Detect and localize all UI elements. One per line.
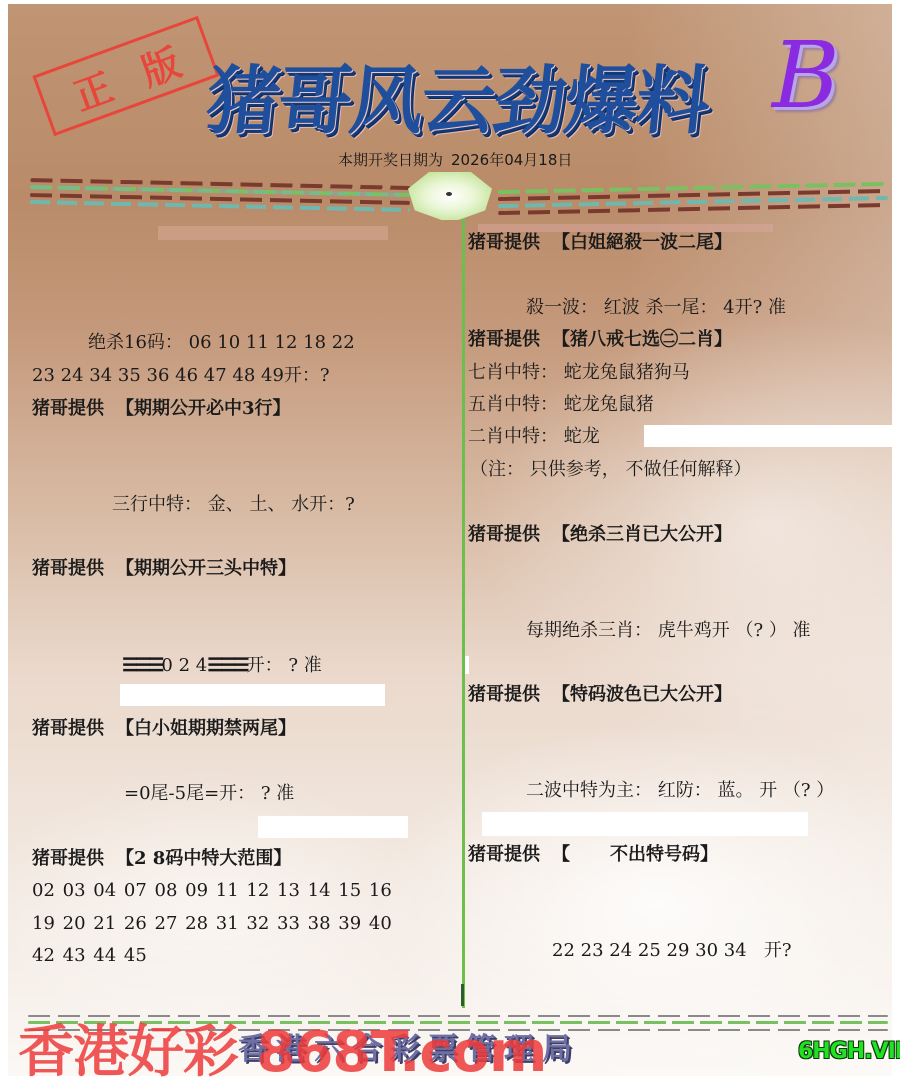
bars-right: ☰☰☰ [207,655,246,676]
section-title: 【白姐絕殺一波二尾】 [552,232,732,253]
draw-date-value: 2026年04月18日 [451,151,572,169]
noshow-suffix: 开? [764,940,792,961]
kill16-line1: 绝杀16码： 06 10 11 12 18 22 [88,332,355,354]
masked-region [465,656,469,674]
ribbon-left-decoration [30,176,411,220]
masked-region [482,812,808,836]
provider-label: 猪哥提供 [32,558,104,579]
bajie-line-5: 五肖中特： 蛇龙兔鼠猪 [468,394,654,416]
provider-label: 猪哥提供 [32,398,104,419]
3tou-suffix: 开： ? 准 [247,655,322,676]
draw-date: 本期开奖日期为2026年04月18日 [338,149,572,170]
3xing-result: 三行中特： 金、 土、 水开：? [112,494,355,516]
line-value: 蛇龙兔鼠猪 [564,394,654,415]
provider-label: 猪哥提供 [468,684,540,705]
2wei-result: =0尾-5尾=开： ? 准 [124,783,294,805]
section-header-wave: 猪哥提供【特码波色已大公开】 [468,684,732,706]
kill3-result: 每期绝杀三肖： 虎牛鸡开 （? ） 准 [526,620,811,642]
ribbon-right-decoration [498,180,889,224]
provider-label: 猪哥提供 [468,232,540,253]
section-header-noshow: 猪哥提供【不出特号码】 [468,844,718,866]
provider-label: 猪哥提供 [468,524,540,545]
noshow-numbers: 22 23 24 25 29 30 34 开? [552,940,792,962]
line-value: 蛇龙兔鼠猪狗马 [564,362,690,383]
provider-label: 猪哥提供 [468,844,540,865]
bojie-result: 殺一波： 红波 杀一尾： 4开? 准 [526,297,786,319]
section-title: 【特码波色已大公开】 [552,684,732,705]
28ma-row-2: 19 20 21 26 27 28 31 32 33 38 39 40 [32,913,392,935]
stamp-char-2: 版 [133,31,188,96]
bajie-line-2: 二肖中特： 蛇龙 [468,426,600,448]
section-title: 【猪八戒七选㊁二肖】 [552,329,732,350]
section-title: 【白小姐期期禁两尾】 [116,718,296,739]
line-value: 蛇龙 [564,426,600,447]
poster: 正 版 猪哥风云劲爆料 B 本期开奖日期为2026年04月18日 绝杀16码： … [8,4,892,1076]
section-title-open: 【 [552,844,570,865]
section-header-28ma: 猪哥提供【2 8码中特大范围】 [32,848,291,870]
masked-region [644,425,900,447]
poster-title: 猪哥风云劲爆料 [203,42,701,143]
kill16-line2: 23 24 34 35 36 46 47 48 49开：? [32,365,330,387]
section-title: 【绝杀三肖已大公开】 [552,524,732,545]
draw-date-label: 本期开奖日期为 [338,151,443,169]
section-title-rest: 不出特号码】 [610,844,718,865]
masked-region [258,816,408,838]
3tou-digits: 0 2 4 [161,655,207,676]
section-header-kill3: 猪哥提供【绝杀三肖已大公开】 [468,524,732,546]
bajie-line-7: 七肖中特： 蛇龙兔鼠猪狗马 [468,362,690,384]
stamp-char-1: 正 [65,56,120,121]
section-title: 【期期公开必中3行】 [116,398,291,419]
masked-region [120,684,385,706]
divider-end-mark [461,984,464,1006]
bars-left: ☰☰☰ [122,655,161,676]
28ma-row-3: 42 43 44 45 [32,945,147,967]
bajie-note: （注： 只供参考， 不做任何解释） [470,459,751,481]
provider-label: 猪哥提供 [32,848,104,869]
wave-result: 二波中特为主： 红防： 蓝。 开 （? ） [526,780,834,802]
provider-label: 猪哥提供 [32,718,104,739]
line-label: 五肖中特： [468,394,558,415]
section-header-2wei: 猪哥提供【白小姐期期禁两尾】 [32,718,296,740]
section-header-3xing: 猪哥提供【期期公开必中3行】 [32,398,291,420]
section-title: 【2 8码中特大范围】 [116,848,291,869]
line-label: 七肖中特： [468,362,558,383]
section-header-bajie: 猪哥提供【猪八戒七选㊁二肖】 [468,329,732,351]
edition-letter: B [772,22,840,129]
site-watermark: 香港好彩 868T.com [18,1008,546,1080]
section-header-3tou: 猪哥提供【期期公开三头中特】 [32,558,296,580]
section-header-bojie: 猪哥提供【白姐絕殺一波二尾】 [468,232,732,254]
line-label: 二肖中特： [468,426,558,447]
masked-region [158,226,388,240]
noshow-number-list: 22 23 24 25 29 30 34 [552,940,747,961]
section-title: 【期期公开三头中特】 [116,558,296,579]
28ma-row-1: 02 03 04 07 08 09 11 12 13 14 15 16 [32,880,392,902]
vip-badge: 6HGH.VIP [798,1039,900,1064]
column-divider [462,218,465,1008]
provider-label: 猪哥提供 [468,329,540,350]
bagua-medallion-icon [408,172,492,220]
decorative-bar [478,224,773,232]
3tou-result: ☰☰☰0 2 4☰☰☰开： ? 准 [122,655,322,677]
authentic-stamp: 正 版 [32,16,219,136]
